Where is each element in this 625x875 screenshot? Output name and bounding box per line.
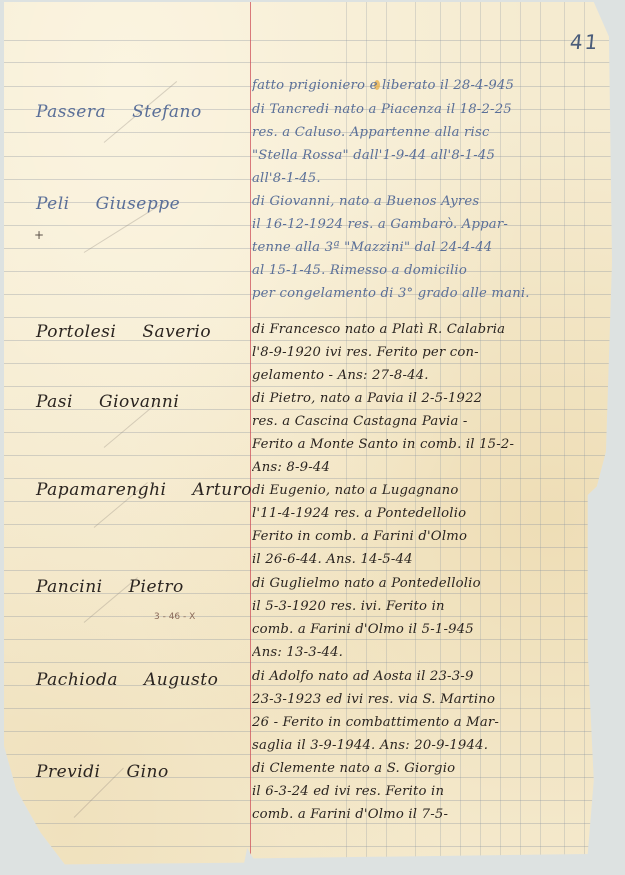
first-name: Augusto (144, 670, 218, 690)
entry-text-line: saglia il 3-9-1944. Ans: 20-9-1944. (252, 736, 614, 756)
entry-text-line: il 16-12-1924 res. a Gambarò. Appar- (252, 215, 614, 235)
entry-text-line: al 15-1-45. Rimesso a domicilio (252, 261, 614, 281)
entry-text-line: Ferito in comb. a Farini d'Olmo (252, 527, 614, 547)
surname: Portolesi (36, 322, 116, 342)
entry-text-line: di Adolfo nato ad Aosta il 23-3-9 (252, 667, 614, 687)
entry-text-line: Ans: 8-9-44 (252, 458, 614, 478)
entry-text-line: di Pietro, nato a Pavia il 2-5-1922 (252, 389, 614, 409)
entry-text-line: di Francesco nato a Platì R. Calabria (252, 320, 614, 340)
entry-text-line: l'8-9-1920 ivi res. Ferito per con- (252, 343, 614, 363)
surname: Pasi (36, 392, 73, 412)
first-name: Giuseppe (96, 194, 181, 214)
first-name: Pietro (129, 577, 184, 597)
entry-text-line: comb. a Farini d'Olmo il 5-1-945 (252, 620, 614, 640)
entry-name: PasiGiovanni (36, 392, 179, 412)
margin-note: 3 - 46 - X (154, 612, 195, 622)
entry-text-line: comb. a Farini d'Olmo il 7-5- (252, 805, 614, 825)
entry-text-line: l'11-4-1924 res. a Pontedellolio (252, 504, 614, 524)
ledger-page: 41 PasseraStefano fatto prigioniero e li… (4, 2, 612, 867)
entry-name: PasseraStefano (36, 102, 202, 122)
entry-text-line: "Stella Rossa" dall'1-9-44 all'8-1-45 (252, 146, 614, 166)
surname: Pancini (36, 577, 103, 597)
entry-text-line: per congelamento di 3° grado alle mani. (252, 284, 614, 304)
entry-text-line: di Eugenio, nato a Lugagnano (252, 481, 614, 501)
first-name: Arturo (193, 480, 253, 500)
entry-name: PanciniPietro (36, 577, 184, 597)
entry-text-line: res. a Caluso. Appartenne alla risc (252, 123, 614, 143)
entry-text-line: il 26-6-44. Ans. 14-5-44 (252, 550, 614, 570)
entry-text-line: all'8-1-45. (252, 169, 614, 189)
entry-text-line: di Clemente nato a S. Giorgio (252, 759, 614, 779)
entry-text-line: di Guglielmo nato a Pontedellolio (252, 574, 614, 594)
entry-name: PortolesiSaverio (36, 322, 211, 342)
surname: Peli (36, 194, 70, 214)
first-name: Saverio (142, 322, 211, 342)
entry-text-line: 23-3-1923 ed ivi res. via S. Martino (252, 690, 614, 710)
surname: Pachioda (36, 670, 118, 690)
entry-text-line: di Giovanni, nato a Buenos Ayres (252, 192, 614, 212)
first-name: Giovanni (99, 392, 179, 412)
page-number: 41 (569, 30, 601, 54)
entry-text-line: Ferito a Monte Santo in comb. il 15-2- (252, 435, 614, 455)
entry-name: PrevidiGino (36, 762, 169, 782)
entry-name: PachiodaAugusto (36, 670, 218, 690)
surname: Papamarenghi (36, 480, 167, 500)
entry-name: PapamarenghiArturo (36, 480, 252, 500)
surname: Passera (36, 102, 106, 122)
first-name: Gino (127, 762, 169, 782)
entry-text-line: res. a Cascina Castagna Pavia - (252, 412, 614, 432)
entry-name: PeliGiuseppe (36, 194, 180, 214)
entry-text-line: di Tancredi nato a Piacenza il 18-2-25 (252, 100, 614, 120)
entry-text-line: fatto prigioniero e liberato il 28-4-945 (252, 76, 614, 96)
cross-mark: + (34, 228, 44, 242)
entry-text-line: Ans: 13-3-44. (252, 643, 614, 663)
entry-text-line: il 6-3-24 ed ivi res. Ferito in (252, 782, 614, 802)
first-name: Stefano (132, 102, 202, 122)
entry-text-line: tenne alla 3ª "Mazzini" dal 24-4-44 (252, 238, 614, 258)
entry-text-line: gelamento - Ans: 27-8-44. (252, 366, 614, 386)
entry-text-line: il 5-3-1920 res. ivi. Ferito in (252, 597, 614, 617)
red-margin-line (250, 2, 251, 867)
entry-text-line: 26 - Ferito in combattimento a Mar- (252, 713, 614, 733)
surname: Previdi (36, 762, 101, 782)
